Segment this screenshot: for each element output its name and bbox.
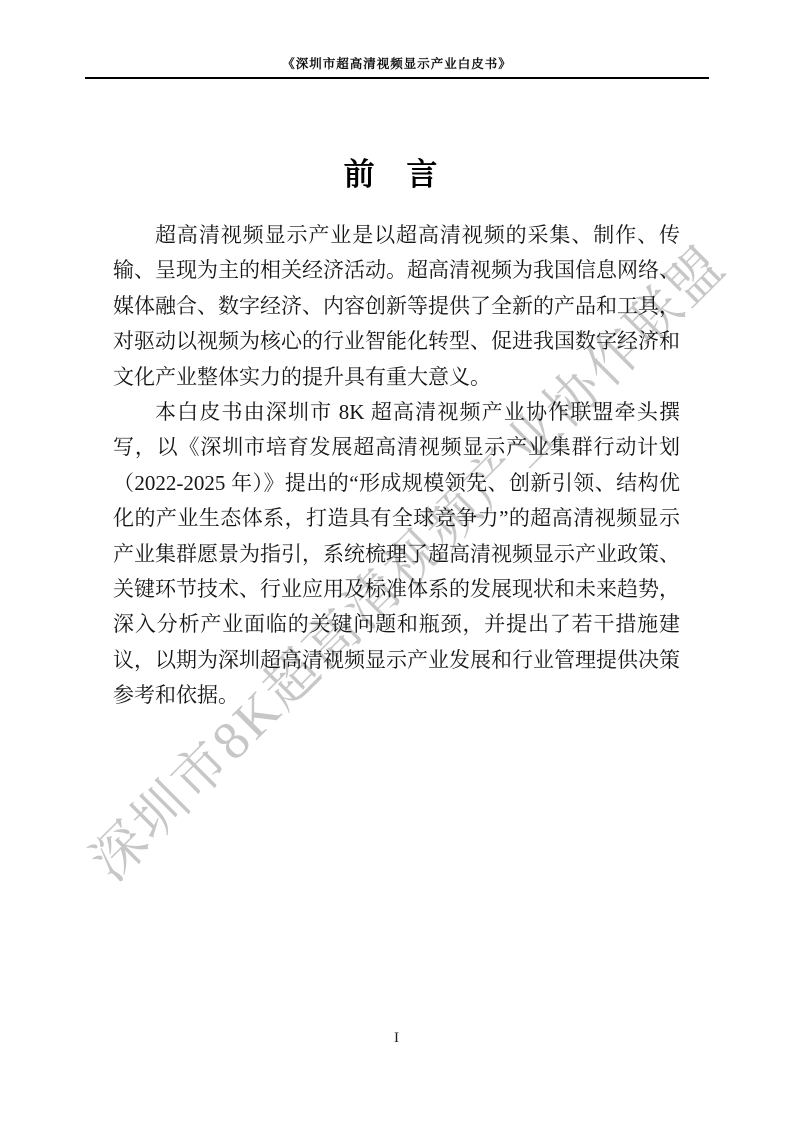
paragraph-2: 本白皮书由深圳市 8K 超高清视频产业协作联盟牵头撰写，以《深圳市培育发展超高清… (113, 395, 680, 714)
header-divider (85, 77, 709, 79)
preface-body: 超高清视频显示产业是以超高清视频的采集、制作、传输、呈现为主的相关经济活动。超高… (113, 218, 680, 714)
document-page: 《深圳市超高清视频显示产业白皮书》 深圳市8K超高清视频产业协作联盟 前 言 超… (0, 0, 793, 1122)
paragraph-1: 超高清视频显示产业是以超高清视频的采集、制作、传输、呈现为主的相关经济活动。超高… (113, 218, 680, 395)
preface-title: 前 言 (0, 149, 793, 194)
page-header-title: 《深圳市超高清视频显示产业白皮书》 (85, 54, 709, 72)
page-number: I (0, 1030, 793, 1047)
